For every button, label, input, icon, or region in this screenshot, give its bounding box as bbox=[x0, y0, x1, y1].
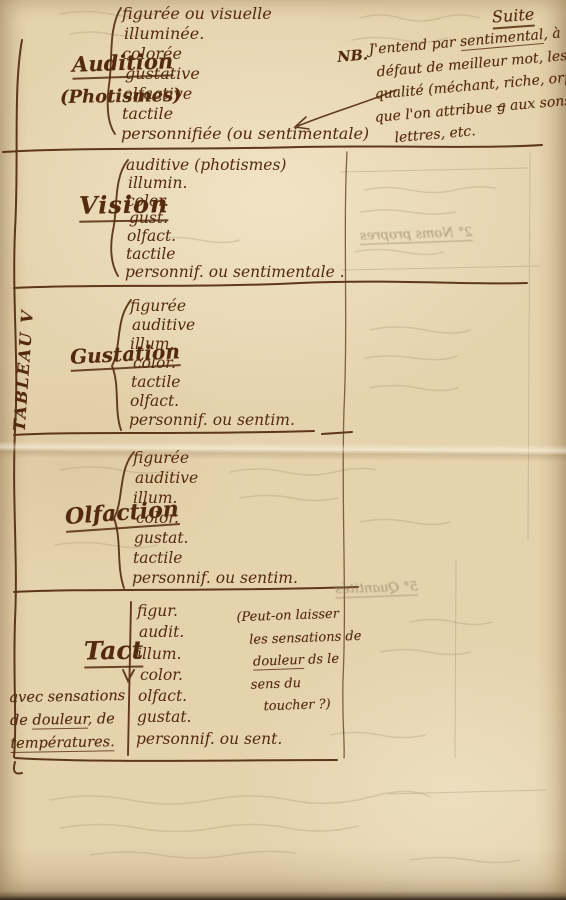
list-item: gustative bbox=[125, 64, 369, 84]
row-divider-2 bbox=[14, 282, 527, 288]
note-line: toucher ?) bbox=[263, 693, 364, 719]
vision-list: auditive (photismes) illumin. color. gus… bbox=[126, 157, 345, 282]
list-item: auditive bbox=[132, 316, 295, 335]
row-divider-3 bbox=[14, 431, 352, 435]
list-item: tactile bbox=[126, 246, 345, 264]
list-item: tactile bbox=[131, 373, 295, 392]
tact-question-note: (Peut-on laisser les sensations de doule… bbox=[236, 603, 364, 720]
pencil-ghost-lines bbox=[340, 152, 546, 794]
note-line: les sensations de bbox=[249, 625, 362, 651]
audition-list: figurée ou visuelle illuminée. colorée g… bbox=[122, 4, 369, 144]
list-item: personnif. ou sentim. bbox=[129, 411, 295, 430]
brace-tact-line bbox=[128, 602, 131, 755]
list-item: illum. bbox=[133, 488, 298, 508]
list-item: gust. bbox=[129, 210, 345, 228]
list-item: figurée bbox=[130, 297, 295, 316]
tableau-v-label: TABLEAU V bbox=[10, 291, 39, 432]
list-item: personnif. ou sentim. bbox=[132, 568, 298, 588]
row-divider-1 bbox=[3, 145, 542, 152]
row-label-tact: Tact bbox=[84, 635, 144, 665]
manuscript-page: Suite TABLEAU V NB. J'entend par sentime… bbox=[0, 0, 566, 900]
list-item: figurée ou visuelle bbox=[122, 4, 369, 24]
bottom-hook bbox=[14, 762, 22, 774]
list-item: illum. bbox=[130, 335, 295, 354]
list-item: personnif. ou sentimentale . bbox=[125, 264, 345, 282]
list-item: colorée bbox=[122, 44, 369, 64]
page-bottom-edge bbox=[0, 891, 566, 900]
nb-note: NB. J'entend par sentimental, à défaut d… bbox=[336, 21, 566, 154]
list-item: gustat. bbox=[134, 528, 298, 548]
down-arrowhead-icon bbox=[123, 670, 134, 681]
list-item: olfact. bbox=[127, 228, 345, 246]
list-item: auditive bbox=[135, 468, 298, 488]
suite-label: Suite bbox=[491, 5, 535, 27]
list-item: tactile bbox=[133, 548, 298, 568]
list-item: personnifiée (ou sentimentale) bbox=[121, 124, 369, 144]
tact-sublabel: avec sensations de douleur, de températu… bbox=[9, 685, 126, 756]
list-item: illuminée. bbox=[124, 24, 369, 44]
table-bottom-border bbox=[15, 758, 337, 761]
list-item: olfact. bbox=[130, 392, 295, 411]
tact-subline: de douleur, de bbox=[10, 708, 126, 733]
tact-subline: avec sensations bbox=[9, 685, 125, 710]
list-item: personnif. ou sent. bbox=[136, 729, 282, 750]
bleed-through-text: 5° Quantités bbox=[335, 580, 419, 598]
tact-subline: températures. bbox=[10, 731, 126, 756]
list-item: color. bbox=[136, 508, 298, 528]
list-item: olfactive bbox=[123, 84, 369, 104]
bleed-through-text: 2° Noms propres bbox=[360, 225, 473, 244]
list-item: tactile bbox=[122, 104, 369, 124]
list-item: color. bbox=[126, 193, 345, 211]
list-item: color. bbox=[133, 354, 295, 373]
gustation-list: figurée auditive illum. color. tactile o… bbox=[130, 297, 295, 430]
list-item: auditive (photismes) bbox=[126, 157, 345, 175]
olfaction-list: figurée auditive illum. color. gustat. t… bbox=[133, 448, 298, 588]
list-item: figurée bbox=[133, 448, 298, 468]
list-item: illumin. bbox=[128, 175, 345, 193]
